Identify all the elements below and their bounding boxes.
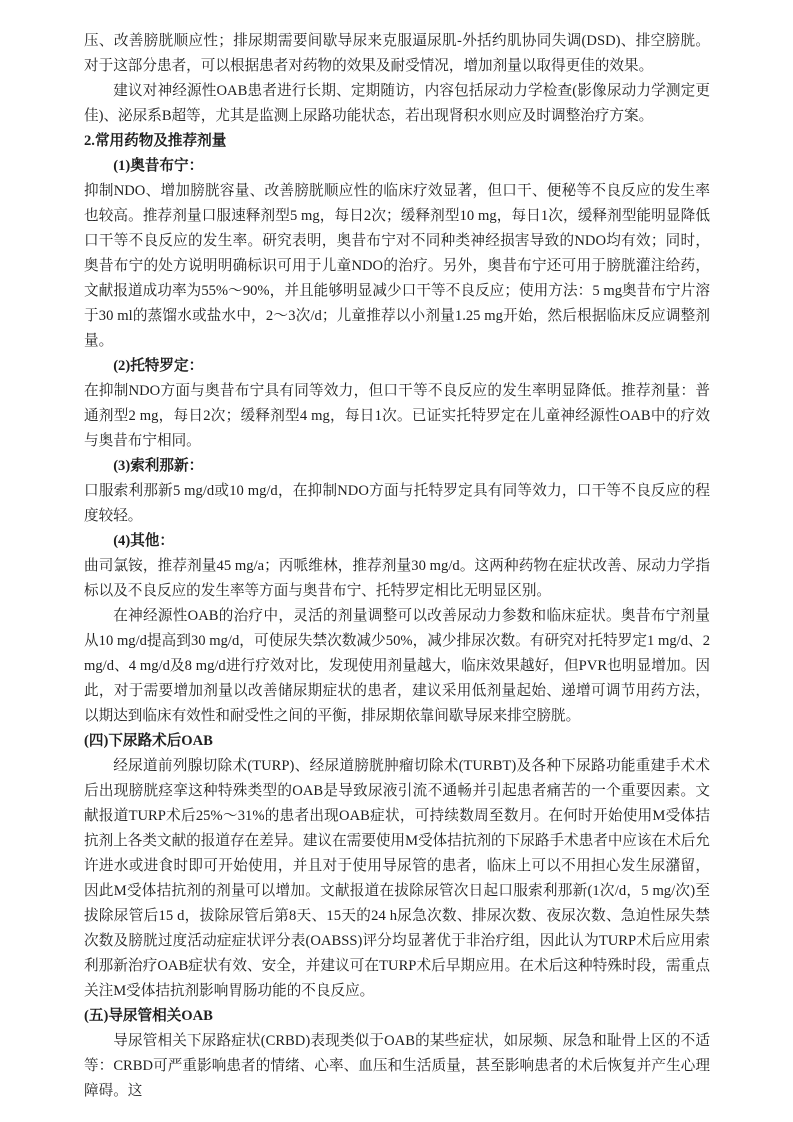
section-heading-post-surgery-oab: (四)下尿路术后OAB bbox=[84, 729, 710, 754]
paragraph-continuation-top: 压、改善膀胱顺应性；排尿期需要间歇导尿来克服逼尿肌-外括约肌协同失调(DSD)、… bbox=[84, 29, 710, 79]
paragraph-followup-advice: 建议对神经源性OAB患者进行长期、定期随访，内容包括尿动力学检查(影像尿动力学测… bbox=[84, 79, 710, 129]
drug-heading-others: (4)其他： bbox=[84, 529, 710, 554]
paragraph-oxybutynin: 抑制NDO、增加膀胱容量、改善膀胱顺应性的临床疗效显著，但口干、便秘等不良反应的… bbox=[84, 179, 710, 354]
drug-heading-tolterodine: (2)托特罗定： bbox=[84, 354, 710, 379]
drug-heading-oxybutynin: (1)奥昔布宁： bbox=[84, 154, 710, 179]
drug-heading-solifenacin: (3)索利那新： bbox=[84, 454, 710, 479]
paragraph-dose-adjustment: 在神经源性OAB的治疗中，灵活的剂量调整可以改善尿动力参数和临床症状。奥昔布宁剂… bbox=[84, 604, 710, 729]
section-heading-common-drugs: 2.常用药物及推荐剂量 bbox=[84, 129, 710, 154]
paragraph-catheter-related-oab: 导尿管相关下尿路症状(CRBD)表现类似于OAB的某些症状，如尿频、尿急和耻骨上… bbox=[84, 1029, 710, 1104]
paragraph-other-drugs: 曲司氯铵，推荐剂量45 mg/a；丙哌维林，推荐剂量30 mg/d。这两种药物在… bbox=[84, 554, 710, 604]
paragraph-solifenacin: 口服索利那新5 mg/d或10 mg/d，在抑制NDO方面与托特罗定具有同等效力… bbox=[84, 479, 710, 529]
paragraph-post-surgery-oab: 经尿道前列腺切除术(TURP)、经尿道膀胱肿瘤切除术(TURBT)及各种下尿路功… bbox=[84, 754, 710, 1004]
paragraph-tolterodine: 在抑制NDO方面与奥昔布宁具有同等效力，但口干等不良反应的发生率明显降低。推荐剂… bbox=[84, 379, 710, 454]
document-page: 压、改善膀胱顺应性；排尿期需要间歇导尿来克服逼尿肌-外括约肌协同失调(DSD)、… bbox=[0, 0, 793, 1122]
section-heading-catheter-related-oab: (五)导尿管相关OAB bbox=[84, 1004, 710, 1029]
